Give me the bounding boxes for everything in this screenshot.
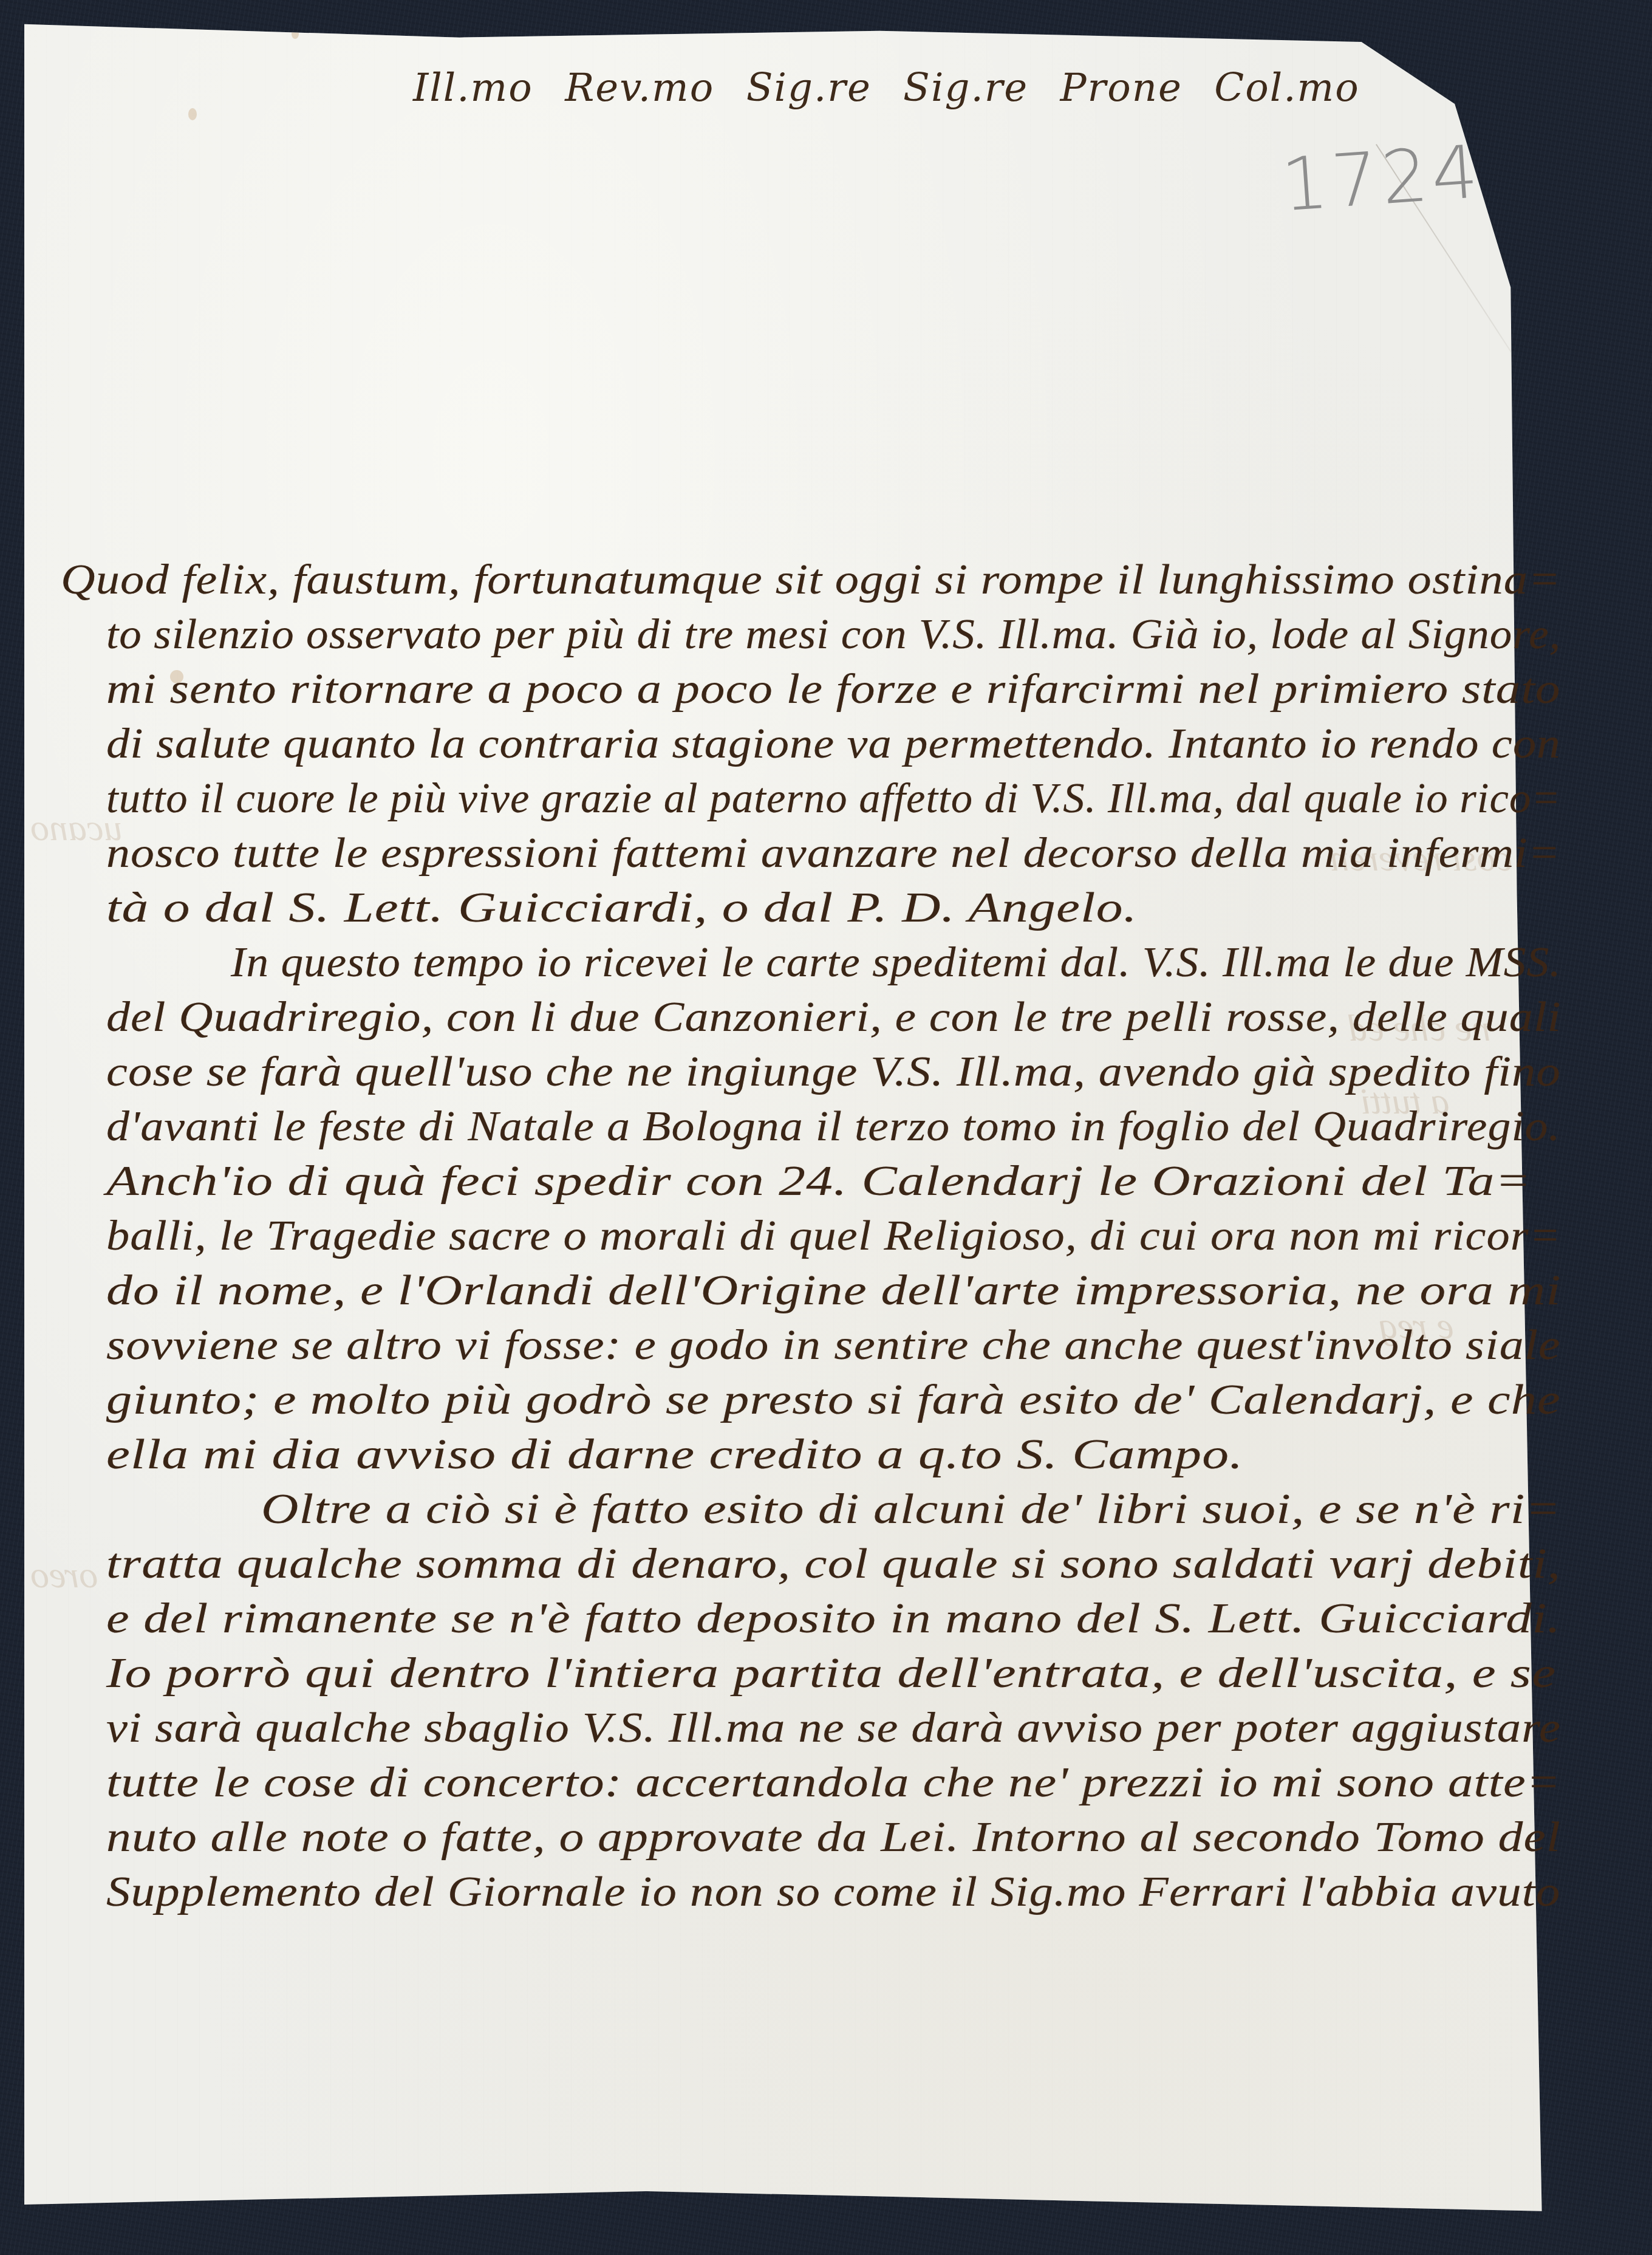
text-line: Supplemento del Giornale io non so come … (106, 1871, 1560, 1914)
text-line: to silenzio osservato per più di tre mes… (106, 614, 1561, 656)
text-line: del Quadriregio, con li due Canzonieri, … (106, 996, 1562, 1039)
text-line: ella mi dia avviso di darne credito a q.… (106, 1434, 1243, 1476)
ink-bleed-through: oreo (30, 1554, 98, 1597)
text-line: mi sento ritornare a poco a poco le forz… (106, 668, 1561, 711)
text-line: tutto il cuore le più vive grazie al pat… (106, 778, 1561, 820)
text-line: d'avanti le feste di Natale a Bologna il… (106, 1106, 1561, 1148)
text-line: sovviene se altro vi fosse: e godo in se… (106, 1324, 1561, 1367)
foxing-spot (188, 108, 197, 120)
text-line: giunto; e molto più godrò se presto si f… (106, 1379, 1561, 1422)
text-line: In questo tempo io ricevei le carte sped… (231, 942, 1561, 984)
text-line: di salute quanto la contraria stagione v… (106, 723, 1561, 765)
text-line: vi sarà qualche sbaglio V.S. Ill.ma ne s… (106, 1707, 1561, 1750)
text-line: tratta qualche somma di denaro, col qual… (106, 1543, 1561, 1586)
text-line: Oltre a ciò si è fatto esito di alcuni d… (261, 1488, 1561, 1531)
text-line: nuto alle note o fatte, o approvate da L… (106, 1816, 1561, 1859)
text-line: Quod felix, faustum, fortunatumque sit o… (61, 559, 1561, 601)
text-line: e del rimanente se n'è fatto deposito in… (106, 1598, 1561, 1640)
text-line: balli, le Tragedie sacre o morali di que… (106, 1215, 1561, 1258)
text-line: Anch'io di quà feci spedir con 24. Calen… (106, 1160, 1532, 1203)
text-line: nosco tutte le espressioni fattemi avanz… (106, 832, 1561, 875)
archival-pencil-number: 1724 (1279, 130, 1484, 228)
text-line: cose se farà quell'uso che ne ingiunge V… (106, 1051, 1561, 1093)
text-line: Io porrò qui dentro l'intiera partita de… (106, 1652, 1556, 1695)
text-line: do il nome, e l'Orlandi dell'Origine del… (106, 1270, 1561, 1312)
text-line: tà o dal S. Lett. Guicciardi, o dal P. D… (106, 887, 1138, 929)
salutation-heading: Ill.mo Rev.mo Sig.re Sig.re Prone Col.mo (413, 66, 1360, 111)
text-line: tutte le cose di concerto: accertandola … (106, 1762, 1561, 1804)
foxing-spot (292, 29, 299, 39)
